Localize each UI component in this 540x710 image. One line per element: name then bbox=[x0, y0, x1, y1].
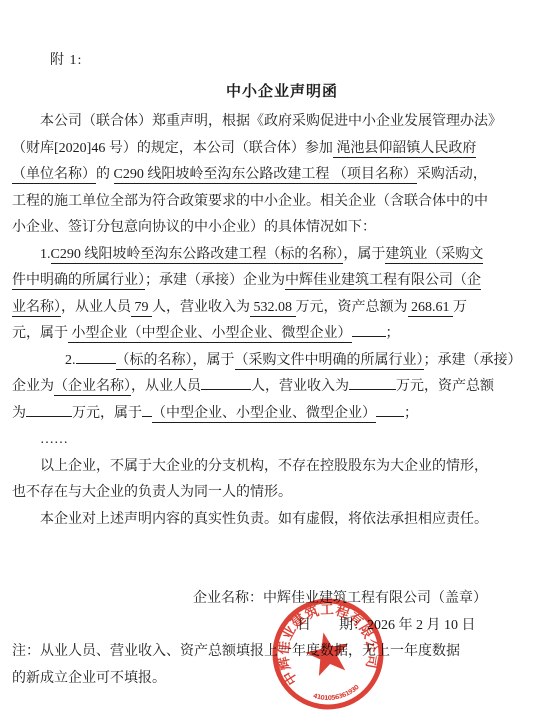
text-run: ； bbox=[404, 406, 418, 421]
text-run: 工程的施工单位全部为符合政策要求的中小企业。相关企业（含联合体中的中 bbox=[12, 194, 488, 209]
underlined-value: 件中明确的所属行业） bbox=[12, 273, 145, 290]
item2-line2: 企业为（企业名称），从业人员人，营业收入为万元，资产总额 bbox=[12, 374, 510, 401]
underlined-value: （企业名称） bbox=[54, 379, 131, 396]
note-line-1: 注：从业人员、营业收入、资产总额填报上一年度数据，无上一年度数据 bbox=[12, 639, 510, 666]
text-run: ；承建（承接）企业为 bbox=[145, 273, 285, 288]
underlined-value: 532.08 bbox=[250, 300, 296, 317]
text-run: ，属于 bbox=[193, 353, 235, 368]
underlined-value: （采购文件中明确的所属行业） bbox=[235, 353, 424, 370]
para1-line2: （财库[2020]46 号）的规定，本公司（联合体）参加 渑池县仰韶镇人民政府 bbox=[12, 136, 510, 163]
signature-date-line: 日 期：2026 年 2 月 10 日 bbox=[12, 613, 510, 640]
text-run: 的 bbox=[96, 167, 114, 182]
underlined-value: 建筑业（采购文 bbox=[385, 247, 483, 264]
underlined-value: （单位名称） bbox=[12, 167, 96, 184]
text-run: 元，属于 bbox=[12, 326, 68, 341]
text-run: 万元，属于 bbox=[72, 406, 142, 421]
item1-line3: 业名称），从业人员 79 人，营业收入为 532.08 万元，资产总额为 268… bbox=[12, 295, 510, 322]
item2-line3: 为万元，属于（中型企业、小型企业、微型企业）； bbox=[12, 401, 510, 428]
text-run: 为 bbox=[12, 406, 26, 421]
underlined-value: 小型企业（中型企业、小型企业、微型企业） bbox=[68, 326, 352, 343]
text-run: 小企业、签订分包意向协议的中小企业）的具体情况如下： bbox=[12, 220, 376, 235]
signature-company-line: 企业名称：中辉佳业建筑工程有限公司（盖章） bbox=[12, 586, 510, 613]
text-run: ；承建（承接） bbox=[424, 353, 522, 368]
text-run: …… bbox=[40, 432, 68, 447]
text-run: （财库[2020]46 号）的规定，本公司（联合体）参加 bbox=[12, 141, 333, 156]
text-run: 人，营业收入为 bbox=[251, 379, 349, 394]
text-run: 采购活动， bbox=[417, 167, 487, 182]
text-run: 万 bbox=[453, 300, 467, 315]
text-run: 1. bbox=[40, 247, 51, 262]
para1-line1: 本公司（联合体）郑重声明，根据《政府采购促进中小企业发展管理办法》 bbox=[12, 109, 510, 136]
text-run: 企业为 bbox=[12, 379, 54, 394]
text-run: ，属于 bbox=[343, 247, 385, 262]
para4-line1: 以上企业，不属于大企业的分支机构，不存在控股股东为大企业的情形， bbox=[12, 454, 510, 481]
underlined-value: （中型企业、小型企业、微型企业） bbox=[152, 406, 376, 423]
para5-line1: 本企业对上述声明内容的真实性负责。如有虚假，将依法承担相应责任。 bbox=[12, 507, 510, 534]
para1-line4: 工程的施工单位全部为符合政策要求的中小企业。相关企业（含联合体中的中 bbox=[12, 189, 510, 216]
attachment-label: 附 1: bbox=[12, 48, 510, 75]
blank-underline bbox=[376, 401, 404, 417]
text-run: 本公司（联合体）郑重声明，根据《政府采购促进中小企业发展管理办法》 bbox=[40, 114, 502, 129]
item1-line2: 件中明确的所属行业）；承建（承接）企业为中辉佳业建筑工程有限公司（企 bbox=[12, 268, 510, 295]
text-run: 人，营业收入为 bbox=[152, 300, 250, 315]
text-run: 万元，资产总额为 bbox=[296, 300, 408, 315]
item1-line1: 1.C290 线阳坡岭至沟东公路改建工程（标的名称），属于建筑业（采购文 bbox=[12, 242, 510, 269]
blank-underline bbox=[349, 374, 396, 390]
blank-underline bbox=[142, 401, 152, 417]
blank-underline bbox=[352, 321, 386, 337]
text-run: 以上企业，不属于大企业的分支机构，不存在控股股东为大企业的情形， bbox=[40, 459, 488, 474]
blank-underline bbox=[201, 374, 251, 390]
document-page: 附 1: 中小企业声明函 本公司（联合体）郑重声明，根据《政府采购促进中小企业发… bbox=[0, 0, 540, 710]
para4-line2: 也不存在与大企业的负责人为同一人的情形。 bbox=[12, 480, 510, 507]
text-run: ； bbox=[386, 326, 400, 341]
text-run: 也不存在与大企业的负责人为同一人的情形。 bbox=[12, 485, 292, 500]
text-run: 万元，资产总额 bbox=[396, 379, 494, 394]
underlined-value: C290 线阳坡岭至沟东公路改建工程（标的名称） bbox=[51, 247, 344, 264]
text-run: 本企业对上述声明内容的真实性负责。如有虚假，将依法承担相应责任。 bbox=[40, 512, 488, 527]
underlined-value: 业名称） bbox=[12, 300, 61, 317]
underlined-value: 渑池县仰韶镇人民政府 bbox=[333, 141, 477, 158]
underlined-value: （标的名称） bbox=[116, 353, 193, 370]
para1-line3: （单位名称）的 C290 线阳坡岭至沟东公路改建工程 （项目名称）采购活动， bbox=[12, 162, 510, 189]
underlined-value: 中辉佳业建筑工程有限公司（企 bbox=[285, 273, 481, 290]
item2-line1: 2.（标的名称），属于（采购文件中明确的所属行业）；承建（承接） bbox=[12, 348, 510, 375]
para1-line5: 小企业、签订分包意向协议的中小企业）的具体情况如下： bbox=[12, 215, 510, 242]
text-run: ，从业人员 bbox=[61, 300, 131, 315]
page-title: 中小企业声明函 bbox=[33, 79, 531, 106]
item2-ellipsis: …… bbox=[12, 427, 510, 454]
text-run: ，从业人员 bbox=[131, 379, 201, 394]
blank-underline bbox=[76, 348, 116, 364]
note-line-2: 的新成立企业可不填报。 bbox=[12, 666, 510, 693]
document-content: 附 1: 中小企业声明函 本公司（联合体）郑重声明，根据《政府采购促进中小企业发… bbox=[12, 48, 510, 692]
text-run: 2. bbox=[65, 353, 76, 368]
underlined-value: 79 bbox=[131, 300, 152, 317]
underlined-value: C290 线阳坡岭至沟东公路改建工程 （项目名称） bbox=[114, 167, 417, 184]
blank-underline bbox=[26, 401, 72, 417]
item1-line4: 元，属于 小型企业（中型企业、小型企业、微型企业）； bbox=[12, 321, 510, 348]
underlined-value: 268.61 bbox=[408, 300, 454, 317]
